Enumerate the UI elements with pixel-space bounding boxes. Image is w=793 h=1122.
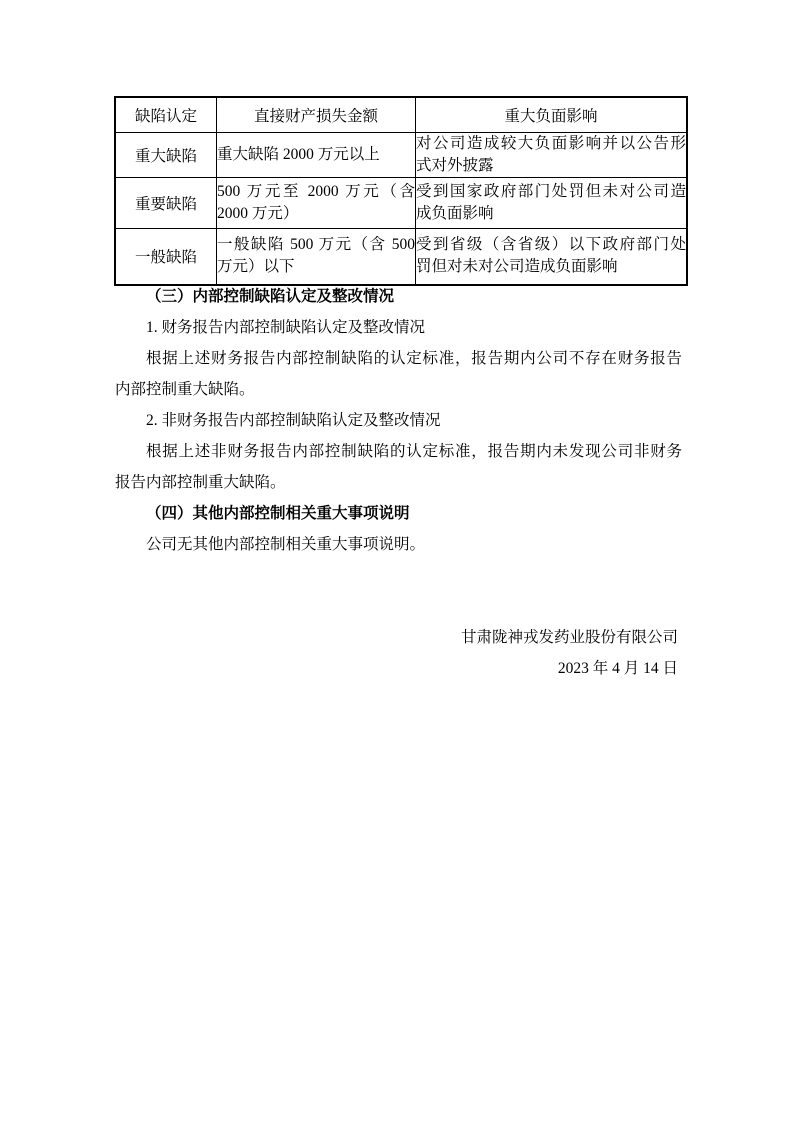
cell-loss-general-line2: 万元）以下 <box>217 256 415 278</box>
cell-impact-important: 受到国家政府部门处罚但未对公司造 成负面影响 <box>416 177 688 228</box>
cell-loss-important-line2: 2000 万元） <box>217 203 415 225</box>
cell-loss-major-line1: 重大缺陷 2000 万元以上 <box>217 144 415 166</box>
cell-loss-important-line1: 500 万元至 2000 万元（含 <box>217 181 415 203</box>
defect-criteria-table: 缺陷认定 直接财产损失金额 重大负面影响 重大缺陷 重大缺陷 2000 万元以上… <box>114 96 688 286</box>
cell-loss-general: 一般缺陷 500 万元（含 500 万元）以下 <box>217 228 416 285</box>
table-row-general-defect: 一般缺陷 一般缺陷 500 万元（含 500 万元）以下 受到省级（含省级）以下… <box>115 228 687 285</box>
item-2-title: 2. 非财务报告内部控制缺陷认定及整改情况 <box>115 405 682 436</box>
document-body: （三）内部控制缺陷认定及整改情况 1. 财务报告内部控制缺陷认定及整改情况 根据… <box>115 281 682 684</box>
cell-loss-major: 重大缺陷 2000 万元以上 <box>217 132 416 177</box>
cell-impact-important-line2: 成负面影响 <box>416 203 686 225</box>
cell-loss-general-line1: 一般缺陷 500 万元（含 500 <box>217 234 415 256</box>
para-2-line-1: 根据上述非财务报告内部控制缺陷的认定标准，报告期内未发现公司非财务 <box>115 436 682 467</box>
header-negative-impact: 重大负面影响 <box>416 97 688 132</box>
cell-impact-major: 对公司造成较大负面影响并以公告形 式对外披露 <box>416 132 688 177</box>
cell-level-major: 重大缺陷 <box>115 132 217 177</box>
signature-company: 甘肃陇神戎发药业股份有限公司 <box>115 622 682 653</box>
blank-space <box>115 560 682 622</box>
document-page: 缺陷认定 直接财产损失金额 重大负面影响 重大缺陷 重大缺陷 2000 万元以上… <box>0 0 793 1122</box>
cell-level-important: 重要缺陷 <box>115 177 217 228</box>
table-row-major-defect: 重大缺陷 重大缺陷 2000 万元以上 对公司造成较大负面影响并以公告形 式对外… <box>115 132 687 177</box>
table-header-row: 缺陷认定 直接财产损失金额 重大负面影响 <box>115 97 687 132</box>
para-3: 公司无其他内部控制相关重大事项说明。 <box>115 529 682 560</box>
cell-impact-general-line2: 罚但对未对公司造成负面影响 <box>416 256 686 278</box>
cell-impact-major-line1: 对公司造成较大负面影响并以公告形 <box>416 133 686 155</box>
cell-impact-general: 受到省级（含省级）以下政府部门处 罚但对未对公司造成负面影响 <box>416 228 688 285</box>
signature-date: 2023 年 4 月 14 日 <box>115 653 682 684</box>
header-defect-level: 缺陷认定 <box>115 97 217 132</box>
para-1-line-1: 根据上述财务报告内部控制缺陷的认定标准，报告期内公司不存在财务报告 <box>115 343 682 374</box>
cell-impact-general-line1: 受到省级（含省级）以下政府部门处 <box>416 234 686 256</box>
cell-level-general: 一般缺陷 <box>115 228 217 285</box>
section-heading-4: （四）其他内部控制相关重大事项说明 <box>115 498 682 529</box>
cell-impact-major-line2: 式对外披露 <box>416 155 686 177</box>
para-1-line-2: 内部控制重大缺陷。 <box>115 374 682 405</box>
table-row-important-defect: 重要缺陷 500 万元至 2000 万元（含 2000 万元） 受到国家政府部门… <box>115 177 687 228</box>
cell-loss-important: 500 万元至 2000 万元（含 2000 万元） <box>217 177 416 228</box>
para-2-line-2: 报告内部控制重大缺陷。 <box>115 467 682 498</box>
header-direct-loss: 直接财产损失金额 <box>217 97 416 132</box>
cell-impact-important-line1: 受到国家政府部门处罚但未对公司造 <box>416 181 686 203</box>
section-heading-3: （三）内部控制缺陷认定及整改情况 <box>115 281 682 312</box>
item-1-title: 1. 财务报告内部控制缺陷认定及整改情况 <box>115 312 682 343</box>
